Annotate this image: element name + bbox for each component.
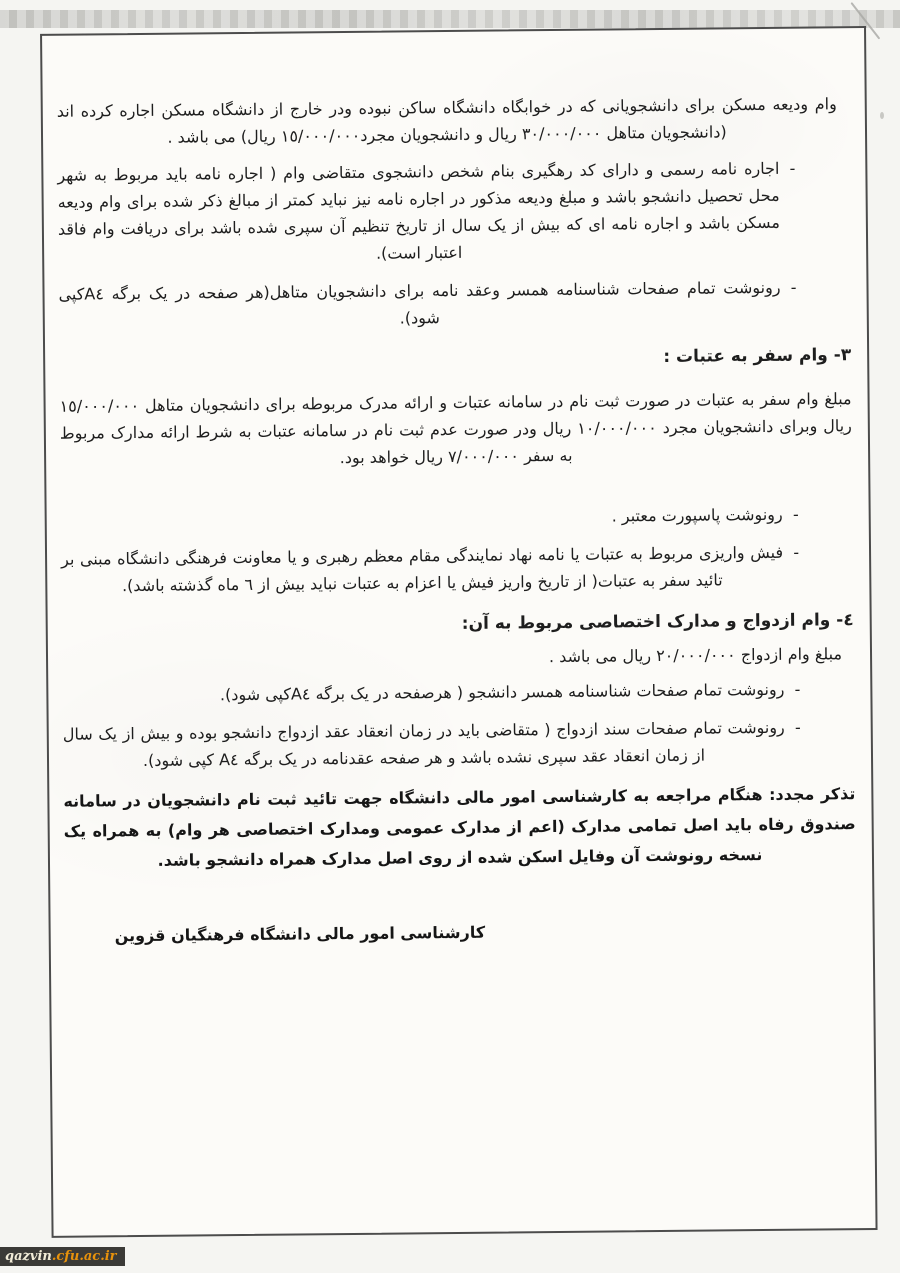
- document-page: وام ودیعه مسکن برای دانشجویانی که در خوا…: [40, 26, 878, 1238]
- bullet-passport-copy: رونوشت پاسپورت معتبر .: [61, 501, 795, 535]
- atabat-loan-requirements-list: رونوشت پاسپورت معتبر . فیش واریزی مربوط …: [61, 501, 796, 600]
- watermark-site-suffix: .cfu.ac.ir: [52, 1247, 117, 1266]
- bullet-deposit-receipt-or-confirmation-letter: فیش واریزی مربوط به عتبات یا نامه نهاد ن…: [61, 539, 795, 600]
- heading-marriage-loan: ٤- وام ازدواج و مدارک اختصاصی مربوط به آ…: [62, 606, 854, 642]
- heading-atabat-travel-loan: ٣- وام سفر به عتبات :: [59, 341, 851, 377]
- signature-finance-office: کارشناسی امور مالی دانشگاه فرهنگیان قزوی…: [65, 915, 857, 950]
- line-marriage-loan-amount: مبلغ وام ازدواج ٢٠/٠٠٠/٠٠٠ ریال می باشد …: [62, 640, 854, 675]
- paragraph-atabat-loan-amounts: مبلغ وام سفر به عتبات در صورت ثبت نام در…: [59, 385, 852, 474]
- marriage-loan-requirements-list: رونوشت تمام صفحات شناسنامه همسر دانشجو (…: [62, 676, 797, 775]
- bullet-lease-contract-terms: اجاره نامه رسمی و دارای کد رهگیری بنام ش…: [57, 155, 792, 270]
- paragraph-housing-deposit-loan: وام ودیعه مسکن برای دانشجویانی که در خوا…: [57, 90, 849, 152]
- housing-loan-requirements-list: اجاره نامه رسمی و دارای کد رهگیری بنام ش…: [57, 155, 793, 335]
- bullet-marriage-certificate-copy: رونوشت تمام صفحات سند ازدواج ( متقاضی با…: [63, 714, 797, 775]
- scan-artifact-strip: [0, 10, 900, 28]
- bullet-spouse-id-and-marriage-contract-copy: رونوشت تمام صفحات شناسنامه همسر وعقد نام…: [58, 274, 792, 335]
- note-reminder-original-documents: تذکر مجدد: هنگام مراجعه به کارشناسی امور…: [63, 779, 856, 877]
- scan-speck: [880, 112, 884, 119]
- watermark-site-prefix: qazvin: [5, 1247, 52, 1266]
- bullet-spouse-id-copy: رونوشت تمام صفحات شناسنامه همسر دانشجو (…: [62, 676, 796, 710]
- watermark-badge: qazvin.cfu.ac.ir: [0, 1247, 125, 1266]
- document-body: وام ودیعه مسکن برای دانشجویانی که در خوا…: [42, 28, 873, 950]
- scanned-document: وام ودیعه مسکن برای دانشجویانی که در خوا…: [0, 0, 900, 1273]
